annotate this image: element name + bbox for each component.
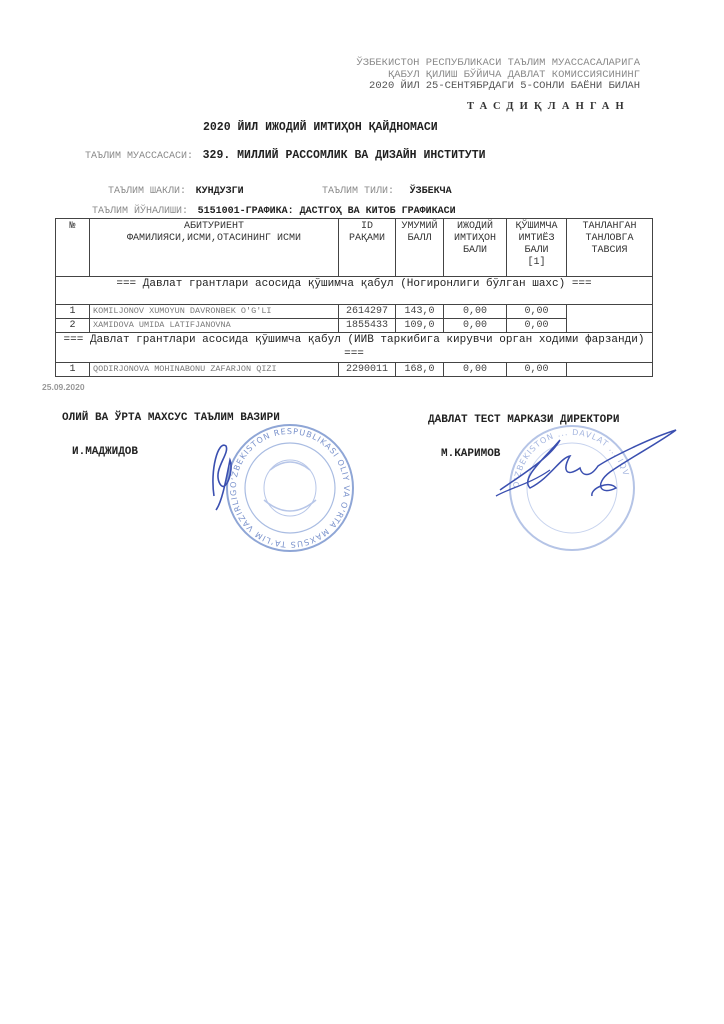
creative-exam-score: 0,00 xyxy=(444,305,507,319)
applicant-name: XAMIDOVA UMIDA LATIFJANOVNA xyxy=(90,319,339,333)
table-row: 2 XAMIDOVA UMIDA LATIFJANOVNA 1855433 10… xyxy=(56,319,653,333)
study-form-label: ТАЪЛИМ ШАКЛИ: xyxy=(108,186,186,197)
total-score: 143,0 xyxy=(396,305,444,319)
table-header-row: № АБИТУРИЕНТФАМИЛИЯСИ,ИСМИ,ОТАСИНИНГ ИСМ… xyxy=(56,219,653,277)
svg-text:O'ZBEKISTON RESPUBLIKASI OLIY: O'ZBEKISTON RESPUBLIKASI OLIY VA O'RTA M… xyxy=(200,410,351,549)
study-language-value: ЎЗБЕКЧА xyxy=(410,186,452,197)
group-title: === Давлат грантлари асосида қўшимча қаб… xyxy=(56,277,653,305)
document-date: 25.09.2020 xyxy=(42,382,85,392)
approved-status: ТАСДИҚЛАНГАН xyxy=(467,101,630,112)
creative-exam-score: 0,00 xyxy=(444,319,507,333)
recommendation xyxy=(567,305,653,333)
total-score: 168,0 xyxy=(396,363,444,377)
table-row: 1 KOMILJONOV XUMOYUN DAVRONBEK O'G'LI 26… xyxy=(56,305,653,319)
study-direction-value: 5151001-ГРАФИКА: ДАСТГОҲ ВА КИТОБ ГРАФИК… xyxy=(198,206,456,217)
approval-line-1: ЎЗБЕКИСТОН РЕСПУБЛИКАСИ ТАЪЛИМ МУАССАСАЛ… xyxy=(356,58,640,70)
minister-name: И.МАДЖИДОВ xyxy=(72,446,138,458)
study-direction-label: ТАЪЛИМ ЙЎНАЛИШИ: xyxy=(92,206,188,217)
institution-label: ТАЪЛИМ МУАССАСАСИ: xyxy=(85,151,193,162)
study-form-row: ТАЪЛИМ ШАКЛИ: КУНДУЗГИ xyxy=(108,180,244,198)
col-header-extra-score: ҚЎШИМЧАИМТИЁЗБАЛИ[1] xyxy=(507,219,567,277)
col-header-total-score: УМУМИЙБАЛЛ xyxy=(396,219,444,277)
approval-line-3: 2020 ЙИЛ 25-СЕНТЯБРДАГИ 5-СОНЛИ БАЁНИ БИ… xyxy=(356,81,640,93)
institution-row: ТАЪЛИМ МУАССАСАСИ: 329. МИЛЛИЙ РАССОМЛИК… xyxy=(85,145,486,163)
group-header-row: === Давлат грантлари асосида қўшимча қаб… xyxy=(56,333,653,363)
col-header-applicant-name: АБИТУРИЕНТФАМИЛИЯСИ,ИСМИ,ОТАСИНИНГ ИСМИ xyxy=(90,219,339,277)
applicant-id: 2614297 xyxy=(339,305,396,319)
extra-score: 0,00 xyxy=(507,319,567,333)
study-language-label: ТАЪЛИМ ТИЛИ: xyxy=(322,186,394,197)
applicant-id: 1855433 xyxy=(339,319,396,333)
col-header-recommendation: ТАНЛАНГАНТАНЛОВГАТАВСИЯ xyxy=(567,219,653,277)
creative-exam-score: 0,00 xyxy=(444,363,507,377)
col-header-creative-exam-score: ИЖОДИЙИМТИҲОНБАЛИ xyxy=(444,219,507,277)
ministry-stamp-icon: O'ZBEKISTON RESPUBLIKASI OLIY VA O'RTA M… xyxy=(200,410,360,560)
total-score: 109,0 xyxy=(396,319,444,333)
col-header-number: № xyxy=(56,219,90,277)
recommendation xyxy=(567,363,653,377)
group-title: === Давлат грантлари асосида қўшимча қаб… xyxy=(56,333,653,363)
row-number: 2 xyxy=(56,319,90,333)
study-direction-row: ТАЪЛИМ ЙЎНАЛИШИ: 5151001-ГРАФИКА: ДАСТГО… xyxy=(92,200,456,218)
test-center-stamp-icon: O'ZBEKISTON ... DAVLAT ... IQV xyxy=(490,418,690,558)
row-number: 1 xyxy=(56,305,90,319)
extra-score: 0,00 xyxy=(507,305,567,319)
table-row: 1 QODIRJONOVA MOHINABONU ZAFARJON QIZI 2… xyxy=(56,363,653,377)
group-header-row: === Давлат грантлари асосида қўшимча қаб… xyxy=(56,277,653,305)
applicant-name: QODIRJONOVA MOHINABONU ZAFARJON QIZI xyxy=(90,363,339,377)
study-language-row: ТАЪЛИМ ТИЛИ: ЎЗБЕКЧА xyxy=(322,180,452,198)
document-title: 2020 ЙИЛ ИЖОДИЙ ИМТИҲОН ҚАЙДНОМАСИ xyxy=(203,121,438,134)
applicant-name: KOMILJONOV XUMOYUN DAVRONBEK O'G'LI xyxy=(90,305,339,319)
study-form-value: КУНДУЗГИ xyxy=(196,186,244,197)
row-number: 1 xyxy=(56,363,90,377)
results-table: № АБИТУРИЕНТФАМИЛИЯСИ,ИСМИ,ОТАСИНИНГ ИСМ… xyxy=(55,218,653,377)
approval-block: ЎЗБЕКИСТОН РЕСПУБЛИКАСИ ТАЪЛИМ МУАССАСАЛ… xyxy=(356,58,640,93)
applicant-id: 2290011 xyxy=(339,363,396,377)
extra-score: 0,00 xyxy=(507,363,567,377)
col-header-id: IDРАҚАМИ xyxy=(339,219,396,277)
institution-value: 329. МИЛЛИЙ РАССОМЛИК ВА ДИЗАЙН ИНСТИТУТ… xyxy=(203,149,486,162)
